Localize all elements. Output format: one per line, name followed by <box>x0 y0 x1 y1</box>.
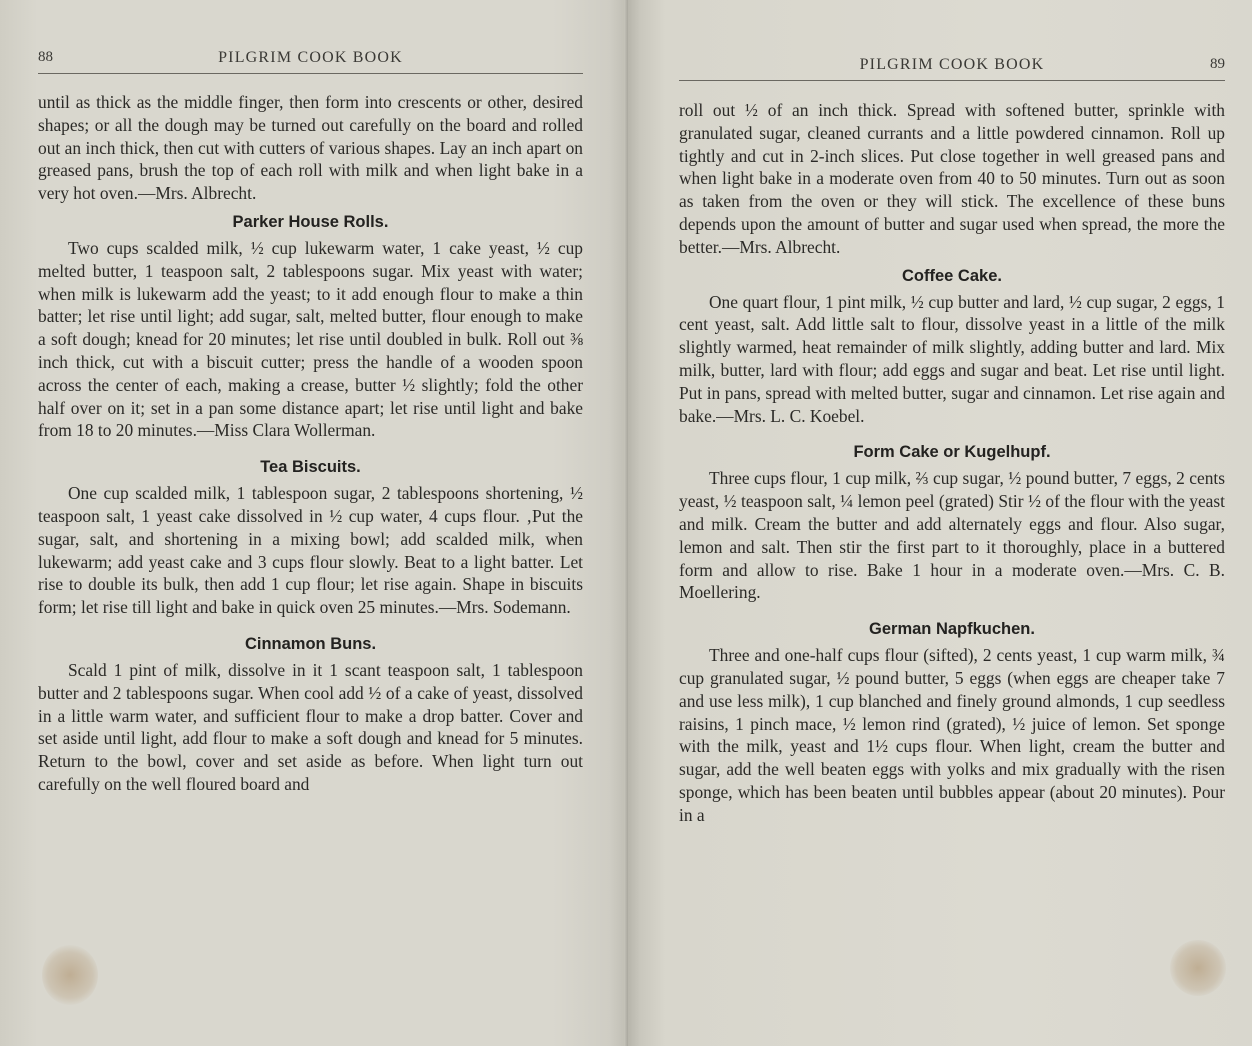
right-page: PILGRIM COOK BOOK 89 roll out ½ of an in… <box>628 0 1252 1046</box>
running-head-left: 88 PILGRIM COOK BOOK <box>38 49 583 69</box>
recipe-title: Cinnamon Buns. <box>38 634 583 655</box>
recipe-body: One cup scalded milk, 1 tablespoon sugar… <box>38 482 583 619</box>
text-column-left: until as thick as the middle finger, the… <box>38 91 583 796</box>
recipe-title: Tea Biscuits. <box>38 457 583 478</box>
recipe-body: Two cups scalded milk, ½ cup lukewarm wa… <box>38 237 583 442</box>
header-rule <box>679 80 1225 81</box>
recipe-body: Scald 1 pint of milk, dissolve in it 1 s… <box>38 659 583 796</box>
recipe-body: Three and one-half cups flour (sifted), … <box>679 644 1225 826</box>
continued-paragraph: until as thick as the middle finger, the… <box>38 91 583 205</box>
recipe-title: German Napfkuchen. <box>679 619 1225 640</box>
recipe-title: Form Cake or Kugelhupf. <box>679 442 1225 463</box>
page-stain <box>1170 940 1226 996</box>
page-stain <box>42 945 98 1005</box>
recipe-body: One quart flour, 1 pint milk, ½ cup butt… <box>679 291 1225 428</box>
recipe-body: Three cups flour, 1 cup milk, ⅔ cup suga… <box>679 467 1225 604</box>
recipe-title: Coffee Cake. <box>679 266 1225 287</box>
recipe-title: Parker House Rolls. <box>38 212 583 233</box>
running-title: PILGRIM COOK BOOK <box>38 49 583 67</box>
page-number: 89 <box>1210 56 1225 73</box>
header-rule <box>38 73 583 74</box>
running-head-right: PILGRIM COOK BOOK 89 <box>679 56 1225 76</box>
text-column-right: roll out ½ of an inch thick. Spread with… <box>679 99 1225 827</box>
left-page: 88 PILGRIM COOK BOOK until as thick as t… <box>0 0 628 1046</box>
running-title: PILGRIM COOK BOOK <box>679 56 1225 74</box>
continued-paragraph: roll out ½ of an inch thick. Spread with… <box>679 99 1225 259</box>
